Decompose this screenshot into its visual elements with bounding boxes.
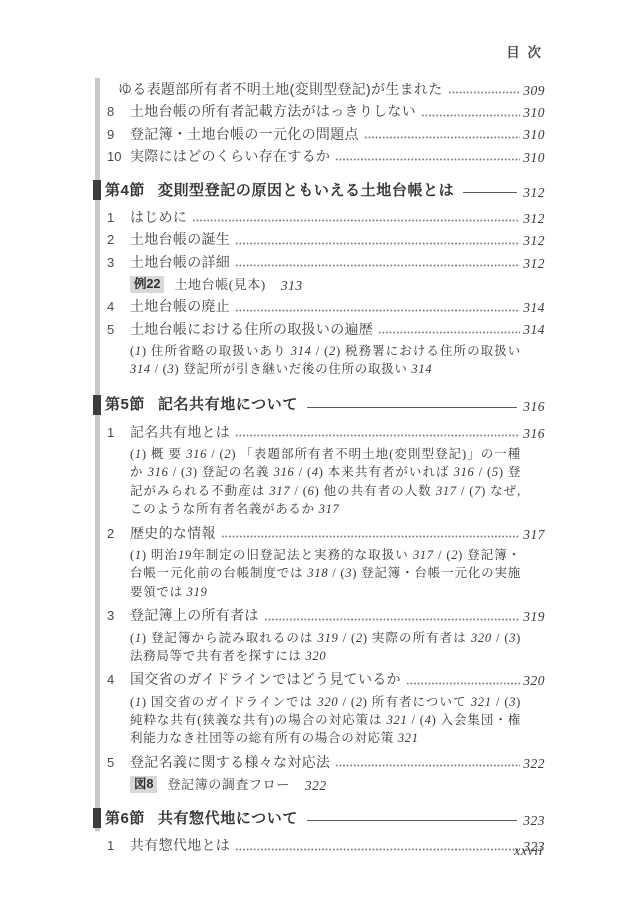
entry-sub-items: (1) 国交省のガイドラインでは 320 / (2) 所有者について 321 /… [0,691,629,751]
entry-title: 登記簿・土地台帳の一元化の問題点 [130,127,359,142]
entry-number: 4 [107,673,130,687]
entry-page-number: 322 [523,757,545,771]
entry-title: 歴史的な情報 [130,526,216,541]
toc-entry: 1記名共有地とは316 [0,421,629,443]
entry-page-number: 309 [523,84,545,98]
entry-title: ゆる表題部所有者不明土地(変則型登記)が生まれた [118,82,443,97]
section-page-number: 323 [523,814,545,828]
entry-title: 共有惣代地とは [130,838,230,853]
figure-title: 土地台帳(見本) [174,278,265,292]
figure-page-number: 322 [305,779,327,793]
toc-section-heading: 第5節記名共有地について316 [0,395,629,416]
dot-leader [448,91,521,94]
section-title: 共有惣代地について [158,811,298,828]
entry-title: はじめに [130,210,187,225]
section-page-number: 316 [523,400,545,414]
entry-number: 9 [107,128,130,142]
figure-title: 登記簿の調査フロー [167,778,289,792]
figure-page-number: 313 [281,279,303,293]
entry-page-number: 312 [523,234,545,248]
toc-entry: 10実際にはどのくらい存在するか310 [0,145,629,167]
entry-page-number: 310 [523,151,545,165]
rule-leader [307,407,517,408]
entry-title: 登記名義に関する様々な対応法 [130,755,330,770]
entry-page-number: 319 [523,610,545,624]
dot-leader [235,848,520,851]
dot-leader [235,434,520,437]
dot-leader [235,309,520,312]
toc-entry: 4土地台帳の廃止314 [0,295,629,317]
figure-label: 例22 [130,276,164,293]
entry-number: 1 [107,839,130,853]
entry-title: 土地台帳の詳細 [130,255,230,270]
dot-leader [221,535,520,538]
entry-page-number: 310 [523,106,545,120]
page-number: xxvii [514,844,543,860]
entry-sub-items: (1) 概 要 316 / (2) 「表題部所有者不明土地(変則型登記)」の一種… [0,443,629,522]
dot-leader [364,136,520,139]
toc-entry: 3登記簿上の所有者は319 [0,604,629,626]
entry-page-number: 314 [523,323,545,337]
entry-number: 5 [107,323,130,337]
dot-leader [421,114,520,117]
section-label: 第4節 [105,183,145,200]
dot-leader [406,682,520,685]
entry-number: 10 [107,150,130,164]
figure-label: 図8 [130,776,157,793]
dot-leader [192,219,520,222]
dot-leader [335,764,520,767]
toc-figure-entry: 図8登記簿の調査フロー322 [0,773,629,795]
toc-entry: 2土地台帳の誕生312 [0,228,629,250]
entry-sub-items: (1) 登記簿から読み取れるのは 319 / (2) 実際の所有者は 320 /… [0,627,629,669]
entry-number: 1 [107,211,130,225]
toc-entry: 5登記名義に関する様々な対応法322 [0,751,629,773]
entry-number: 3 [107,256,130,270]
entry-title: 土地台帳の所有者記載方法がはっきりしない [130,104,416,119]
toc-entry: 9登記簿・土地台帳の一元化の問題点310 [0,123,629,145]
dot-leader [235,242,520,245]
entry-page-number: 312 [523,212,545,226]
dot-leader [378,331,520,334]
dot-leader [264,618,521,621]
entry-page-number: 312 [523,257,545,271]
rule-leader [307,820,517,821]
rule-leader [463,192,517,193]
dot-leader [235,264,520,267]
toc-figure-entry: 例22土地台帳(見本)313 [0,273,629,295]
entry-number: 1 [107,426,130,440]
toc-entry: 4国交省のガイドラインではどう見ているか320 [0,668,629,690]
entry-page-number: 316 [523,427,545,441]
section-marker [93,395,101,415]
toc-entry: 2歴史的な情報317 [0,522,629,544]
entry-sub-items: (1) 明治19年制定の旧登記法と実務的な取扱い 317 / (2) 登記簿・台… [0,544,629,604]
section-title: 変則型登記の原因ともいえる土地台帳とは [158,183,454,200]
entry-page-number: 317 [523,528,545,542]
entry-title: 土地台帳の誕生 [130,232,230,247]
entry-number: 2 [107,233,130,247]
toc-entry: ゆる表題部所有者不明土地(変則型登記)が生まれた309 [0,78,629,100]
toc-section-heading: 第6節共有惣代地について323 [0,808,629,829]
entry-title: 記名共有地とは [130,425,230,440]
entry-number: 2 [107,527,130,541]
entry-number: 3 [107,609,130,623]
section-title: 記名共有地について [158,397,298,414]
entry-page-number: 314 [523,301,545,315]
entry-number: 4 [107,300,130,314]
running-head-title: 目 次 [506,41,543,61]
section-marker [93,808,101,828]
section-label: 第5節 [105,397,145,414]
toc-entry: 5土地台帳における住所の取扱いの遍歴314 [0,318,629,340]
entry-number: 5 [107,756,130,770]
toc-section-heading: 第4節変則型登記の原因ともいえる土地台帳とは312 [0,180,629,201]
entry-page-number: 310 [523,128,545,142]
entry-title: 登記簿上の所有者は [130,608,259,623]
toc-entry: 1はじめに312 [0,206,629,228]
entry-title: 土地台帳における住所の取扱いの遍歴 [130,322,373,337]
section-page-number: 312 [523,186,545,200]
section-label: 第6節 [105,811,145,828]
entry-number: 8 [107,105,130,119]
toc-entry: 8土地台帳の所有者記載方法がはっきりしない310 [0,100,629,122]
table-of-contents: ゆる表題部所有者不明土地(変則型登記)が生まれた3098土地台帳の所有者記載方法… [0,78,629,857]
toc-entry: 3土地台帳の詳細312 [0,251,629,273]
entry-page-number: 320 [523,674,545,688]
entry-title: 土地台帳の廃止 [130,299,230,314]
entry-title: 国交省のガイドラインではどう見ているか [130,672,401,687]
section-marker [93,180,101,200]
dot-leader [335,158,520,161]
entry-title: 実際にはどのくらい存在するか [130,149,330,164]
entry-sub-items: (1) 住所省略の取扱いあり 314 / (2) 税務署における住所の取扱い 3… [0,340,629,382]
